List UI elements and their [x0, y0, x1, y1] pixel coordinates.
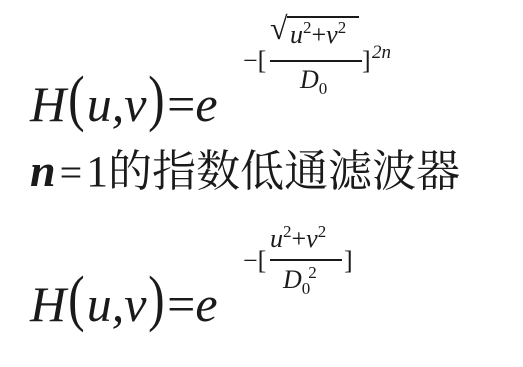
- power: 2: [338, 18, 347, 37]
- var-d: D: [283, 265, 302, 294]
- subscript: 0: [319, 79, 328, 98]
- close-paren: ): [149, 68, 166, 130]
- power: 2: [318, 222, 327, 241]
- var-u: u: [270, 224, 283, 253]
- power-2n: 2n: [372, 42, 391, 63]
- exponent-prefix: −[: [243, 48, 266, 74]
- denominator: D0: [300, 67, 327, 93]
- numerator: u2+v2: [290, 22, 346, 48]
- exponent-suffix: ]: [344, 248, 353, 274]
- var-v: v: [326, 20, 338, 49]
- exponent-suffix: ]: [362, 48, 371, 74]
- power: 2: [308, 263, 317, 282]
- var-u: u: [290, 20, 303, 49]
- caption-var: n: [30, 145, 56, 196]
- function-symbol: H: [30, 76, 66, 132]
- power: 2: [303, 18, 312, 37]
- caption-eq: =: [60, 150, 83, 195]
- function-args: u,v: [87, 76, 147, 132]
- caption-value: 1: [86, 147, 108, 196]
- plus-sign: +: [292, 224, 307, 253]
- function-symbol: H: [30, 276, 66, 332]
- sqrt-bar: [287, 16, 359, 18]
- fraction-line: [270, 60, 362, 62]
- var-v: v: [306, 224, 318, 253]
- function-args: u,v: [87, 276, 147, 332]
- equals-sign: =: [167, 76, 195, 132]
- open-paren: (: [68, 268, 85, 330]
- fraction-line: [270, 259, 342, 261]
- sqrt-icon: √: [270, 12, 288, 44]
- formula-1-lhs: H(u,v)=e: [30, 70, 218, 132]
- numerator: u2+v2: [270, 226, 326, 252]
- exponent-prefix: −[: [243, 248, 266, 274]
- power: 2: [283, 222, 292, 241]
- caption: n = 1的指数低通滤波器: [30, 148, 460, 194]
- var-d: D: [300, 65, 319, 94]
- close-paren: ): [149, 268, 166, 330]
- open-paren: (: [68, 68, 85, 130]
- exp-base: e: [195, 276, 217, 332]
- formula-2-lhs: H(u,v)=e: [30, 270, 218, 332]
- equals-sign: =: [167, 276, 195, 332]
- plus-sign: +: [312, 20, 327, 49]
- outer-power: 2n: [372, 43, 391, 62]
- caption-text: 的指数低通滤波器: [108, 146, 460, 197]
- denominator: D02: [283, 267, 317, 293]
- exp-base: e: [195, 76, 217, 132]
